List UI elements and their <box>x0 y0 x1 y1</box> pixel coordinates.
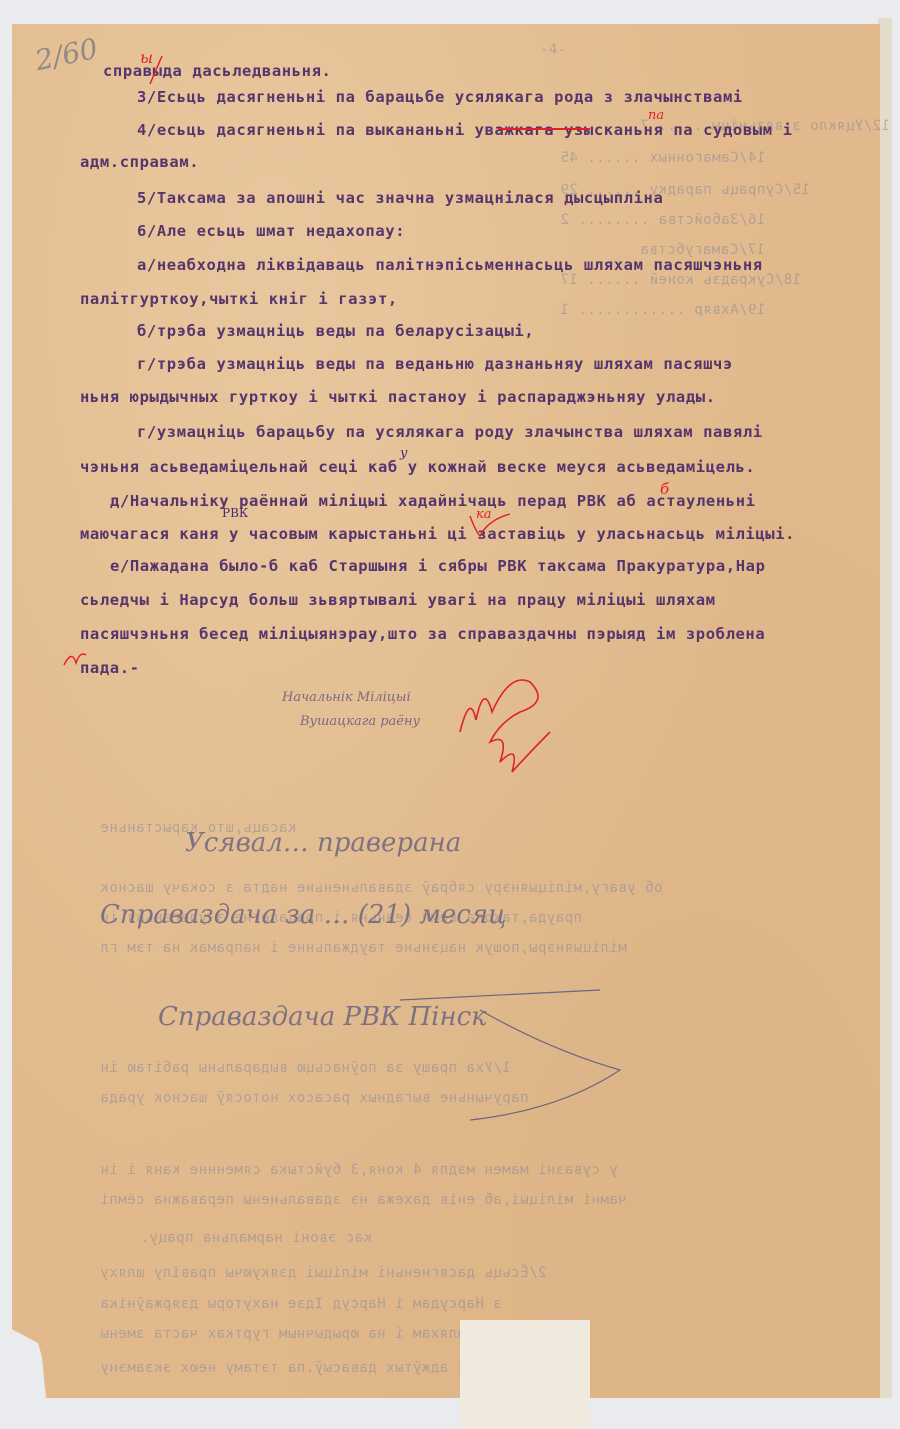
body-line-3: 4/есьць дасягненьні па выкананьні уважка… <box>137 121 793 139</box>
body-line-10: г/трэба узмацніць веды па веданьню дазна… <box>137 355 733 373</box>
bleed-through-text: з Нарсудам і Нарсуд Ідзе нахуторы дзяржа… <box>100 1296 502 1312</box>
red-insertion-caret <box>470 510 520 540</box>
insert-mark: у <box>400 446 408 461</box>
red-signature <box>440 672 560 782</box>
body-line-4: адм.справам. <box>80 153 199 171</box>
red-check-mark <box>60 645 90 675</box>
body-line-7: а/неабходна ліквідаваць палітнэпісьменна… <box>137 256 763 274</box>
page-mark: -4- <box>540 42 567 58</box>
body-line-5: 5/Таксама за апошні час значна узмацніла… <box>137 189 663 207</box>
handwritten-note-1: Усявал… праверана <box>185 828 461 858</box>
bleed-through-text: 16/Забойства ........ 2 <box>560 212 765 228</box>
paper-edge-strip <box>878 18 892 1398</box>
red-correction: б <box>660 480 669 498</box>
body-line-17: сьледчы і Нарсуд больш зьвяртывалі увагі… <box>80 591 716 609</box>
body-line-15: маючагася каня у часовым карыстаньні ці … <box>80 525 795 543</box>
body-line-14: д/Начальніку раённай міліцыі хадайнічаць… <box>110 492 756 510</box>
bleed-through-text: 18/Сукрадзь коней ...... 17 <box>560 272 801 288</box>
bleed-through-text: явяснас аджўтых давасыў.па тэтаму неюх э… <box>100 1360 520 1376</box>
bleed-through-text: 2/Ёсьць дасягненьні міліцыі дзякуючы пра… <box>100 1265 546 1281</box>
bleed-through-text: чамні міліцыі,аб енів дахежа нэ здавальн… <box>100 1192 627 1208</box>
body-line-2: 3/Есьць дасягненьні па барацьбе усялякаг… <box>137 88 743 106</box>
bleed-through-text: 19/Ахвяр ............ 1 <box>560 302 765 318</box>
handwritten-note-2: Справаздача за … (21) месяц <box>100 900 506 930</box>
body-line-1: справыда дасьледваньня. <box>103 62 331 80</box>
stamp-line-1: Начальнік Міліцыі <box>282 690 411 705</box>
body-line-11: ньня юрыдычных гурткоу і чыткі пастаноу … <box>80 388 716 406</box>
red-strikethrough <box>498 126 598 132</box>
stamp-line-2: Вушацкага раёну <box>300 714 420 729</box>
body-line-8: палітгурткоу,чыткі кніг і газэт, <box>80 290 398 308</box>
bleed-through-text: 14/Самагонных ...... 45 <box>560 150 765 166</box>
body-line-9: б/трэба узмацніць веды па беларусізацыі, <box>137 322 534 340</box>
bleed-through-text: міліцыянэры,пошук нацэньне тауджальнне і… <box>100 940 627 956</box>
red-slash-mark <box>148 56 168 86</box>
body-line-18: пасяшчэньня бесед міліцыянэрау,што за сп… <box>80 625 765 643</box>
bleed-through-text: у сувазні мамен мэдля 4 коня,3 буйстыка … <box>100 1162 618 1178</box>
pencil-flourish <box>400 990 660 1130</box>
body-line-6: 6/Але есьць шмат недахопау: <box>137 222 405 240</box>
bleed-through-text: об увагу,міліцыянэру сябраў здавальненьн… <box>100 880 663 896</box>
red-correction: па <box>648 108 664 123</box>
body-line-16: е/Пажадана было-б каб Старшыня і сябры Р… <box>110 557 766 575</box>
body-line-12: г/узмацніць барацьбу па усялякага роду з… <box>137 423 763 441</box>
paper-label-patch <box>460 1320 590 1429</box>
insert-rvk: РВК <box>222 506 248 520</box>
bleed-through-text: кас эвоні нармальна працу. <box>140 1230 372 1246</box>
body-line-13: чэньня асьведаміцельнай сеці каб у кожна… <box>80 458 755 476</box>
